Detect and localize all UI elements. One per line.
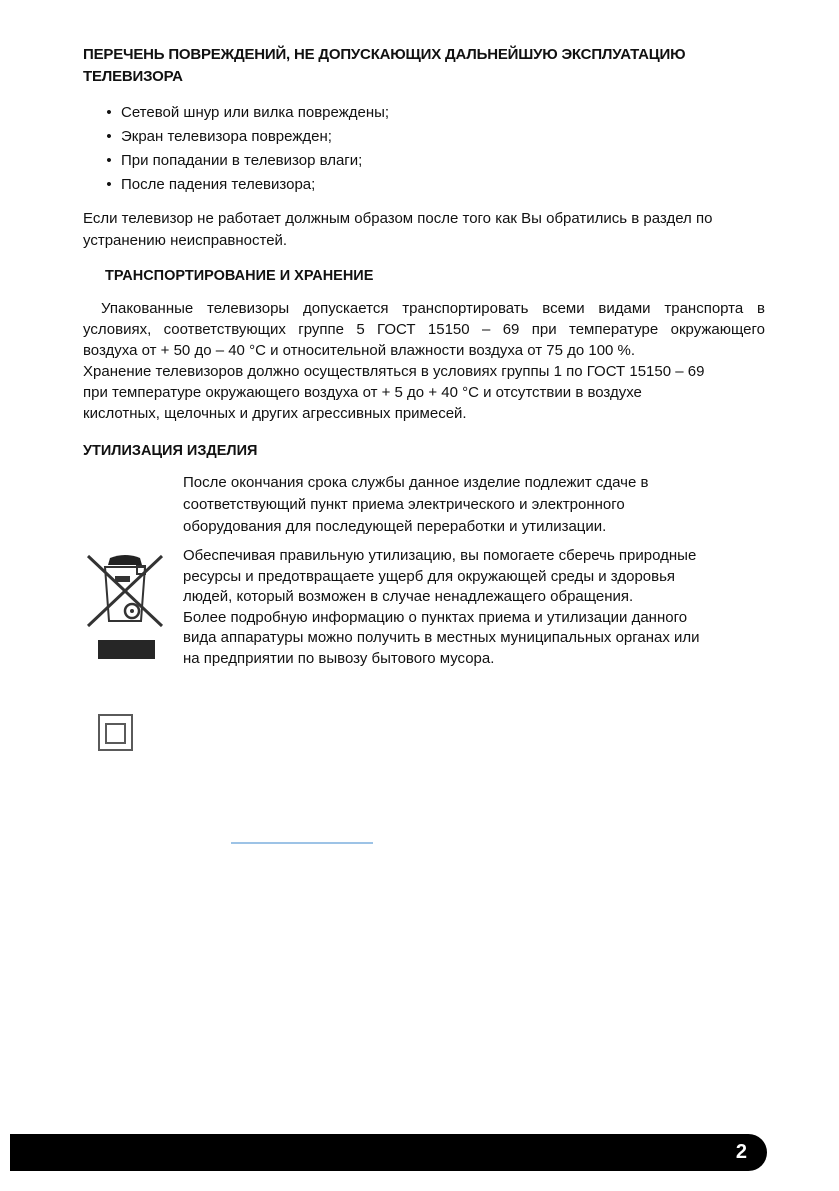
list-item-text: При попадании в телевизор влаги;: [121, 149, 362, 173]
bullet-icon: •: [97, 149, 121, 173]
class-ii-inner-square: [105, 723, 126, 744]
blue-divider-line: [231, 842, 373, 844]
list-item-text: Экран телевизора поврежден;: [121, 125, 332, 149]
weee-crossed-bin-icon: [85, 547, 165, 660]
bullet-icon: •: [97, 101, 121, 125]
list-item: • При попадании в телевизор влаги;: [83, 149, 773, 173]
transport-section-title: ТРАНСПОРТИРОВАНИЕ И ХРАНЕНИЕ: [105, 266, 773, 286]
transport-paragraph-1: Упакованные телевизоры допускается транс…: [83, 298, 765, 361]
disposal-paragraph-2: Обеспечивая правильную утилизацию, вы по…: [183, 546, 783, 669]
footer-bar: 2: [10, 1134, 767, 1171]
paragraph-line: воздуха от + 50 до – 40 °С и относительн…: [83, 340, 765, 361]
damage-section-title: ПЕРЕЧЕНЬ ПОВРЕЖДЕНИЙ, НЕ ДОПУСКАЮЩИХ ДАЛ…: [83, 44, 773, 88]
list-item: • Сетевой шнур или вилка повреждены;: [83, 101, 773, 125]
transport-paragraph-2: Хранение телевизоров должно осуществлять…: [83, 361, 765, 424]
disposal-section-title: УТИЛИЗАЦИЯ ИЗДЕЛИЯ: [83, 441, 773, 461]
damage-note-paragraph: Если телевизор не работает должным образ…: [83, 208, 773, 252]
list-item-text: Сетевой шнур или вилка повреждены;: [121, 101, 389, 125]
paragraph-line: кислотных, щелочных и других агрессивных…: [83, 403, 765, 424]
damage-list: • Сетевой шнур или вилка повреждены; • Э…: [83, 101, 773, 197]
paragraph-line: Хранение телевизоров должно осуществлять…: [83, 361, 765, 382]
list-item-text: После падения телевизора;: [121, 173, 315, 197]
paragraph-line: условиях, соответствующих группе 5 ГОСТ …: [83, 319, 765, 340]
page-content: ПЕРЕЧЕНЬ ПОВРЕЖДЕНИЙ, НЕ ДОПУСКАЮЩИХ ДАЛ…: [83, 44, 773, 669]
list-item: • После падения телевизора;: [83, 173, 773, 197]
bullet-icon: •: [97, 125, 121, 149]
paragraph-line: при температуре окружающего воздуха от +…: [83, 382, 765, 403]
disposal-paragraph-1: После окончания срока службы данное изде…: [183, 472, 718, 538]
page-number: 2: [736, 1141, 767, 1164]
bullet-icon: •: [97, 173, 121, 197]
paragraph-line: Упакованные телевизоры допускается транс…: [83, 298, 765, 319]
document-page: ПЕРЕЧЕНЬ ПОВРЕЖДЕНИЙ, НЕ ДОПУСКАЮЩИХ ДАЛ…: [0, 0, 839, 1191]
class-ii-double-square-icon: [98, 714, 133, 751]
list-item: • Экран телевизора поврежден;: [83, 125, 773, 149]
